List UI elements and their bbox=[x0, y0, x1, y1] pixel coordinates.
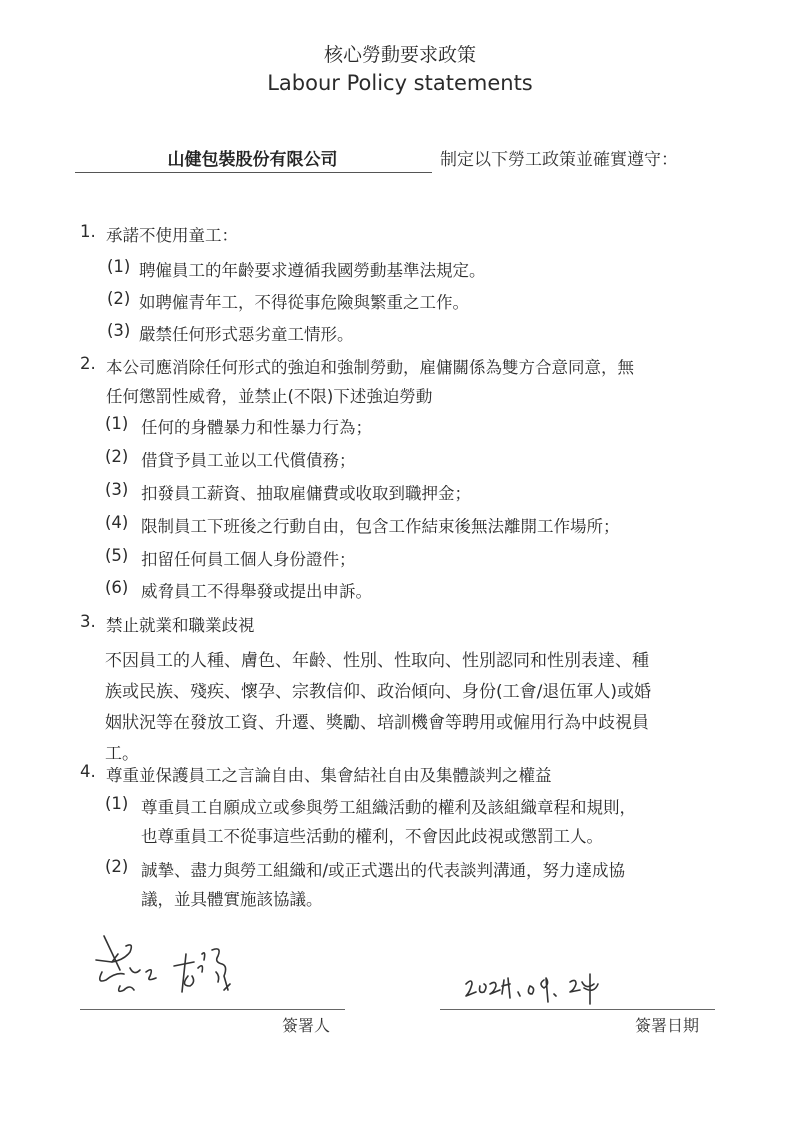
body-line: 族或民族、殘疾、懷孕、宗教信仰、政治傾向、身份(工會/退伍軍人)或婚 bbox=[105, 677, 651, 702]
section-heading: 尊重並保護員工之言論自由、集會結社自由及集體談判之權益 bbox=[106, 762, 552, 786]
section-heading: 禁止就業和職業歧視 bbox=[106, 612, 255, 636]
item-label: (3) bbox=[107, 321, 130, 340]
item-text: 扣發員工薪資、抽取雇傭費或收取到職押金； bbox=[141, 480, 471, 504]
handwritten-signature bbox=[90, 932, 260, 1007]
item-text: 聘僱員工的年齡要求遵循我國勞動基準法規定。 bbox=[139, 257, 486, 281]
item-text: 如聘僱青年工，不得從事危險與繁重之工作。 bbox=[139, 289, 469, 313]
item-label: (4) bbox=[105, 513, 128, 532]
item-label: (2) bbox=[105, 447, 128, 466]
body-line: 不因員工的人種、膚色、年齡、性別、性取向、性別認同和性別表達、種 bbox=[105, 646, 649, 671]
item-text: 任何的身體暴力和性暴力行為； bbox=[141, 414, 372, 438]
section-number: 3. bbox=[80, 612, 96, 631]
item-label: (6) bbox=[105, 578, 128, 597]
section-number: 2. bbox=[80, 354, 96, 373]
item-text-line-2: 也尊重員工不從事這些活動的權利，不會因此歧視或懲罰工人。 bbox=[141, 823, 603, 847]
company-underline bbox=[75, 172, 432, 173]
item-label: (1) bbox=[107, 257, 130, 276]
section-number: 4. bbox=[80, 762, 96, 781]
item-label: (2) bbox=[105, 857, 128, 876]
signer-label: 簽署人 bbox=[282, 1013, 330, 1036]
item-label: (5) bbox=[105, 546, 128, 565]
section-heading-line-1: 本公司應消除任何形式的強迫和強制勞動，雇傭關係為雙方合意同意，無 bbox=[106, 354, 634, 378]
item-label: (1) bbox=[105, 414, 128, 433]
body-line: 姻狀況等在發放工資、升遷、獎勵、培訓機會等聘用或僱用行為中歧視員 bbox=[105, 708, 649, 733]
item-text: 嚴禁任何形式惡劣童工情形。 bbox=[139, 321, 354, 345]
item-text: 限制員工下班後之行動自由，包含工作結束後無法離開工作場所； bbox=[141, 513, 620, 537]
item-label: (1) bbox=[105, 794, 128, 813]
company-name: 山健包裝股份有限公司 bbox=[75, 145, 430, 170]
handwritten-date bbox=[460, 968, 630, 1008]
item-text-line-1: 誠摯、盡力與勞工組織和/或正式選出的代表談判溝通，努力達成協 bbox=[141, 857, 625, 881]
date-line bbox=[440, 1009, 715, 1010]
preamble-text: 制定以下勞工政策並確實遵守： bbox=[440, 145, 678, 170]
date-label: 簽署日期 bbox=[635, 1013, 699, 1036]
item-label: (2) bbox=[107, 289, 130, 308]
body-line: 工。 bbox=[105, 739, 139, 764]
document-title-english: Labour Policy statements bbox=[0, 71, 800, 95]
item-text-line-1: 尊重員工自願成立或參與勞工組織活動的權利及該組織章程和規則， bbox=[141, 794, 636, 818]
section-heading-line-2: 任何懲罰性威脅，並禁止(不限)下述強迫勞動 bbox=[106, 383, 432, 407]
item-label: (3) bbox=[105, 480, 128, 499]
item-text: 威脅員工不得舉發或提出申訴。 bbox=[141, 578, 372, 602]
item-text-line-2: 議，並具體實施該協議。 bbox=[141, 886, 323, 910]
section-heading: 承諾不使用童工： bbox=[106, 222, 238, 246]
signer-line bbox=[80, 1009, 345, 1010]
document-title-chinese: 核心勞動要求政策 bbox=[0, 40, 800, 67]
item-text: 借貸予員工並以工代償債務； bbox=[141, 447, 356, 471]
section-number: 1. bbox=[80, 222, 96, 241]
item-text: 扣留任何員工個人身份證件； bbox=[141, 546, 356, 570]
